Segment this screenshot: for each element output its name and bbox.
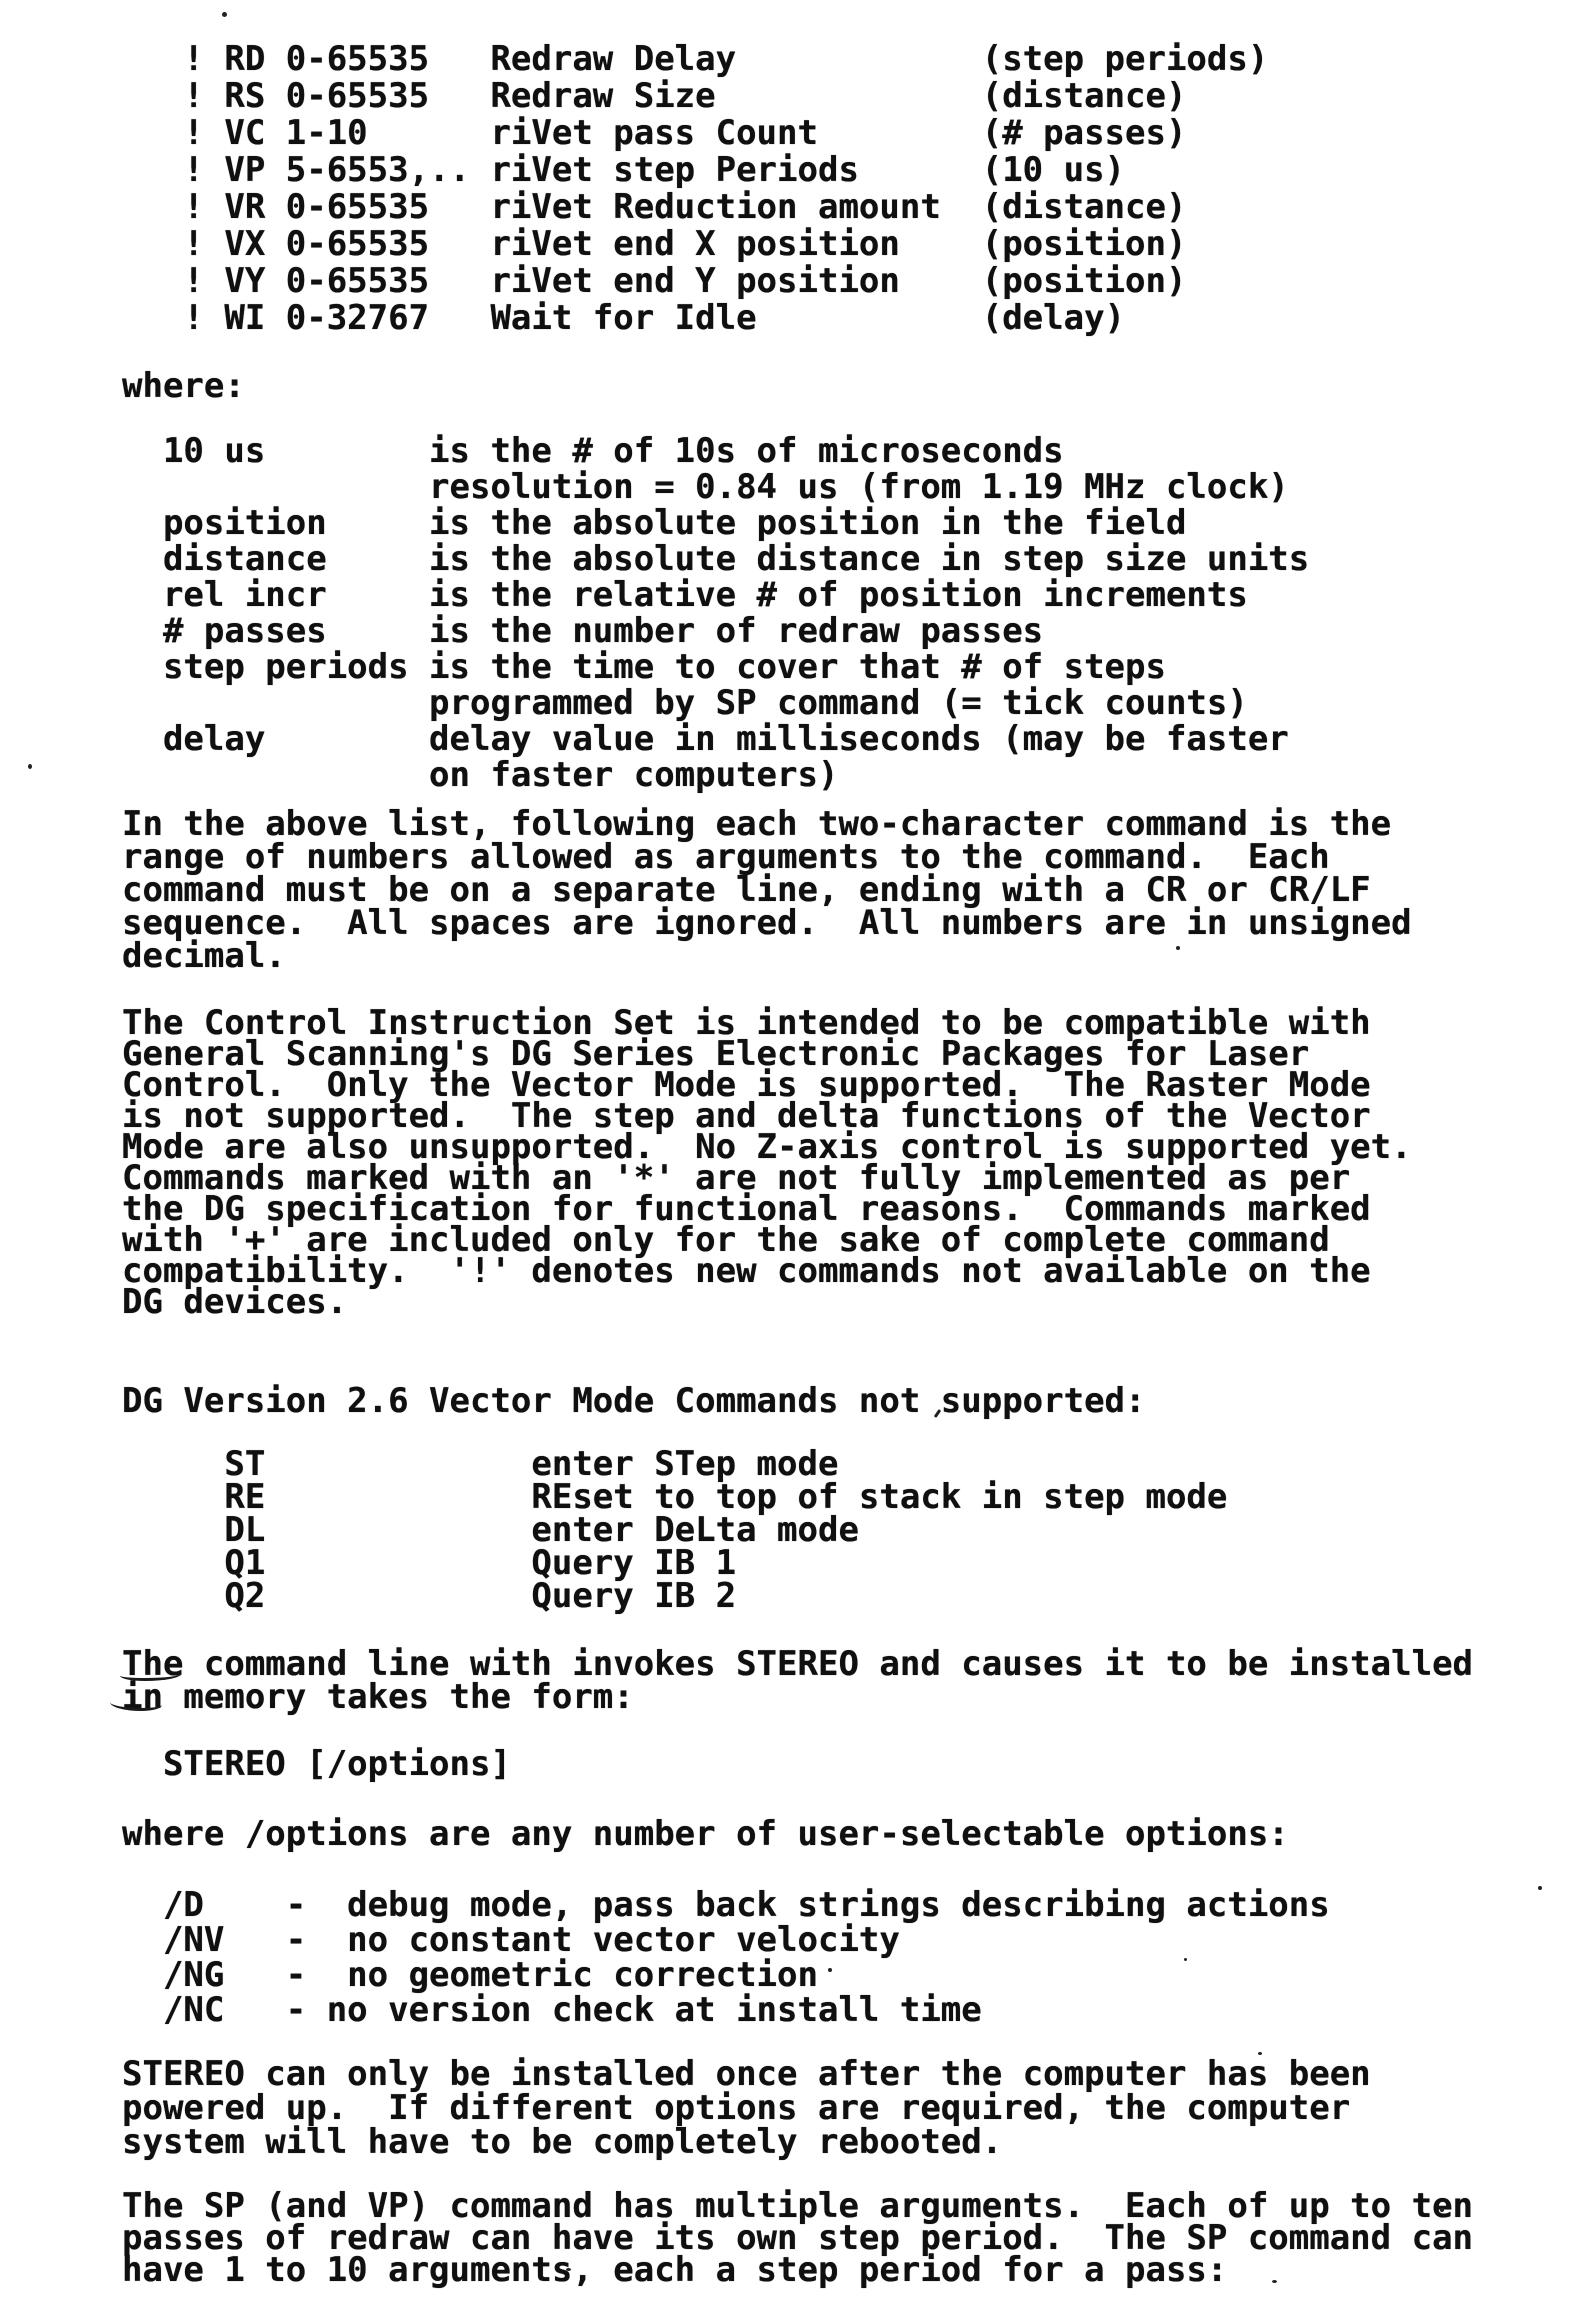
scan-artifact-dot <box>1184 1958 1187 1961</box>
dg-unsupported-heading: DG Version 2.6 Vector Mode Commands not … <box>122 1385 1146 1418</box>
text-line: decimal. <box>122 940 1412 973</box>
text-line: # passes is the number of redraw passes <box>122 613 1309 649</box>
paragraph-invoke: The command line with invokes STEREO and… <box>122 1648 1473 1714</box>
document-page: ! RD 0-65535 Redraw Delay (step periods)… <box>0 0 1570 2321</box>
text-line: ! VY 0-65535 riVet end Y position (posit… <box>122 263 1268 300</box>
paragraph-command-format: In the above list, following each two-ch… <box>122 808 1412 973</box>
text-line: ! VX 0-65535 riVet end X position (posit… <box>122 226 1268 263</box>
options-intro: where /options are any number of user-se… <box>122 1818 1289 1851</box>
definitions-list: 10 us is the # of 10s of microseconds re… <box>122 433 1309 793</box>
text-line: on faster computers) <box>122 757 1309 793</box>
text-line: system will have to be completely reboot… <box>122 2125 1371 2159</box>
text-line: ! RD 0-65535 Redraw Delay (step periods) <box>122 41 1268 78</box>
text-line: sequence. All spaces are ignored. All nu… <box>122 907 1412 940</box>
text-line: /NV - no constant vector velocity <box>122 1923 1330 1958</box>
scan-artifact-dot <box>1176 946 1180 950</box>
paragraph-compatibility: The Control Instruction Set is intended … <box>122 1008 1412 1318</box>
pen-underline-mark <box>110 1696 162 1711</box>
text-line: DG devices. <box>122 1287 1412 1318</box>
text-line: in memory takes the form: <box>122 1681 1473 1714</box>
command-arguments-table: ! RD 0-65535 Redraw Delay (step periods)… <box>122 41 1268 337</box>
stereo-command-form: STEREO [/options] <box>122 1748 511 1781</box>
text-line: position is the absolute position in the… <box>122 505 1309 541</box>
text-line: ! VR 0-65535 riVet Reduction amount (dis… <box>122 189 1268 226</box>
scan-artifact-dot <box>1440 2208 1444 2212</box>
text-line: rel incr is the relative # of position i… <box>122 577 1309 613</box>
scan-artifact-dot <box>566 2268 571 2271</box>
text-line: distance is the absolute distance in ste… <box>122 541 1309 577</box>
scan-artifact-dot <box>1272 2280 1277 2283</box>
text-line: /NG - no geometric correction <box>122 1958 1330 1993</box>
text-line: have 1 to 10 arguments, each a step peri… <box>122 2254 1473 2286</box>
text-line: step periods is the time to cover that #… <box>122 649 1309 685</box>
paragraph-install-once: STEREO can only be installed once after … <box>122 2057 1371 2159</box>
text-line: /D - debug mode, pass back strings descr… <box>122 1888 1330 1923</box>
paragraph-sp-arguments: The SP (and VP) command has multiple arg… <box>122 2190 1473 2286</box>
text-line: resolution = 0.84 us (from 1.19 MHz cloc… <box>122 469 1309 505</box>
dg-unsupported-table: ST enter STep mode RE REset to top of st… <box>122 1448 1227 1613</box>
text-line: ! VP 5-6553,.. riVet step Periods (10 us… <box>122 152 1268 189</box>
text-line: ! WI 0-32767 Wait for Idle (delay) <box>122 300 1268 337</box>
text-line: /NC - no version check at install time <box>122 1993 1330 2028</box>
text-line: delay delay value in milliseconds (may b… <box>122 721 1309 757</box>
text-line: Q2 Query IB 2 <box>122 1580 1227 1613</box>
text-line: programmed by SP command (= tick counts) <box>122 685 1309 721</box>
text-line: ! VC 1-10 riVet pass Count (# passes) <box>122 115 1268 152</box>
text-line: ! RS 0-65535 Redraw Size (distance) <box>122 78 1268 115</box>
options-table: /D - debug mode, pass back strings descr… <box>122 1888 1330 2028</box>
text-line: STEREO can only be installed once after … <box>122 2057 1371 2091</box>
text-line: 10 us is the # of 10s of microseconds <box>122 433 1309 469</box>
scan-artifact-dot <box>1258 2052 1262 2055</box>
scan-artifact-dot <box>28 764 32 769</box>
scan-artifact-dot <box>222 12 227 17</box>
scan-artifact-dot <box>828 1968 832 1972</box>
where-label: where: <box>122 368 245 404</box>
scan-artifact-dot <box>1538 1886 1542 1890</box>
text-line: powered up. If different options are req… <box>122 2091 1371 2125</box>
